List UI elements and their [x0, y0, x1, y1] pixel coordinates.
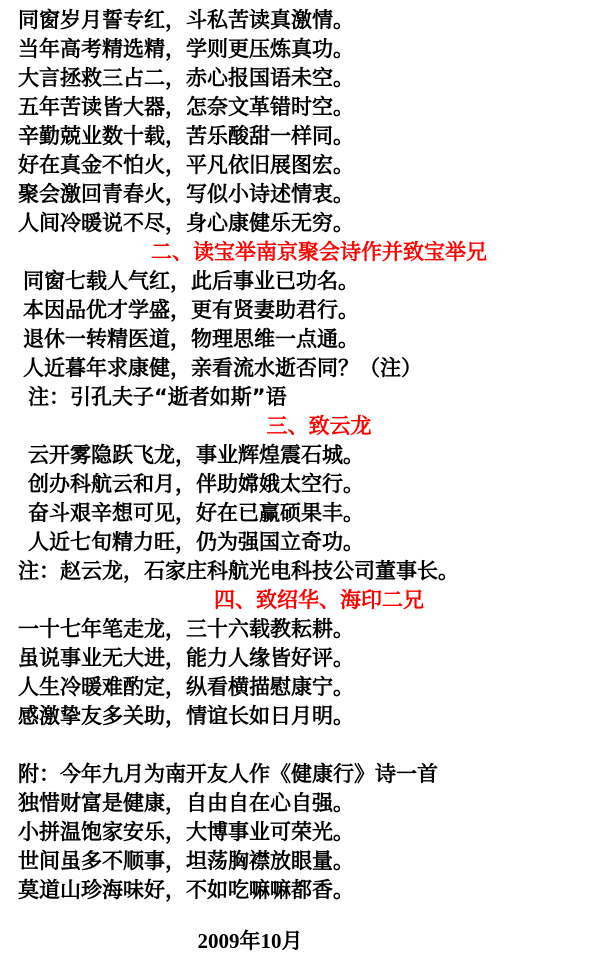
poem-section: 三、致云龙云开雾隐跃飞龙，事业辉煌震石城。创办科航云和月，伴助嫦娥太空行。奋斗艰…: [0, 412, 606, 586]
poem-section: 附：今年九月为南开友人作《健康行》诗一首独惜财富是健康，自由自在心自强。小拼温饱…: [0, 760, 606, 905]
poem-line: 创办科航云和月，伴助嫦娥太空行。: [0, 470, 606, 499]
poem-line: 退休一转精医道，物理思维一点通。: [0, 325, 606, 354]
poem-line: 莫道山珍海味好，不如吃嘛嘛都香。: [0, 876, 606, 905]
poem-line: 好在真金不怕火，平凡依旧展图宏。: [0, 151, 606, 180]
poem-line: 人近暮年求康健，亲看流水逝否同？（注）: [0, 354, 606, 383]
poem-line: 虽说事业无大进，能力人缘皆好评。: [0, 644, 606, 673]
poem-line: 辛勤兢业数十载，苦乐酸甜一样同。: [0, 122, 606, 151]
poem-line: 人生冷暖难酌定，纵看横描慰康宁。: [0, 673, 606, 702]
date-footer: 2009年10月: [0, 928, 500, 954]
poem-line: 注：赵云龙，石家庄科航光电科技公司董事长。: [0, 557, 606, 586]
poem-line: 独惜财富是健康，自由自在心自强。: [0, 789, 606, 818]
poem-line: 感激挚友多关助，情谊长如日月明。: [0, 702, 606, 731]
poem-line: 聚会激回青春火，写似小诗述情衷。: [0, 180, 606, 209]
poem-line: 人近七旬精力旺，仍为强国立奇功。: [0, 528, 606, 557]
poem-line: 大言拯救三占二，赤心报国语未空。: [0, 64, 606, 93]
poem-sections: 同窗岁月誓专红，斗私苦读真激情。当年高考精选精，学则更压炼真功。大言拯救三占二，…: [0, 6, 606, 905]
poem-section: 四、致绍华、海印二兄一十七年笔走龙，三十六载教耘耕。虽说事业无大进，能力人缘皆好…: [0, 586, 606, 731]
section-heading: 三、致云龙: [0, 412, 606, 441]
poem-line: 附：今年九月为南开友人作《健康行》诗一首: [0, 760, 606, 789]
poem-line: 人间冷暖说不尽，身心康健乐无穷。: [0, 209, 606, 238]
document-page: 同窗岁月誓专红，斗私苦读真激情。当年高考精选精，学则更压炼真功。大言拯救三占二，…: [0, 0, 606, 958]
poem-line: 世间虽多不顺事，坦荡胸襟放眼量。: [0, 847, 606, 876]
section-heading: 四、致绍华、海印二兄: [0, 586, 606, 615]
poem-line: 当年高考精选精，学则更压炼真功。: [0, 35, 606, 64]
poem-line: 本因品优才学盛，更有贤妻助君行。: [0, 296, 606, 325]
poem-line: 注：引孔夫子“逝者如斯”语: [0, 383, 606, 412]
poem-section: 同窗岁月誓专红，斗私苦读真激情。当年高考精选精，学则更压炼真功。大言拯救三占二，…: [0, 6, 606, 238]
poem-line: 五年苦读皆大器，怎奈文革错时空。: [0, 93, 606, 122]
section-heading: 二、读宝举南京聚会诗作并致宝举兄: [0, 238, 606, 267]
poem-line: 同窗七载人气红，此后事业已功名。: [0, 267, 606, 296]
poem-line: 奋斗艰辛想可见，好在已赢硕果丰。: [0, 499, 606, 528]
poem-line: 小拼温饱家安乐，大博事业可荣光。: [0, 818, 606, 847]
poem-line: 一十七年笔走龙，三十六载教耘耕。: [0, 615, 606, 644]
poem-section: 二、读宝举南京聚会诗作并致宝举兄同窗七载人气红，此后事业已功名。本因品优才学盛，…: [0, 238, 606, 412]
poem-line: 云开雾隐跃飞龙，事业辉煌震石城。: [0, 441, 606, 470]
poem-line: 同窗岁月誓专红，斗私苦读真激情。: [0, 6, 606, 35]
